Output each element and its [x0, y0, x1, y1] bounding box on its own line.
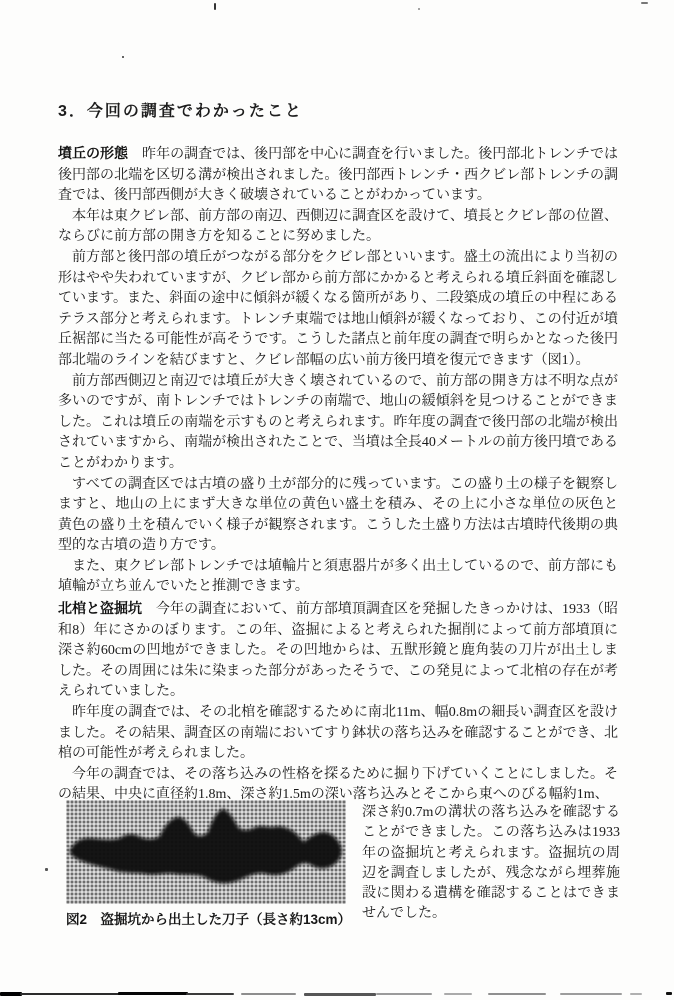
- scan-speck: [418, 8, 420, 10]
- scan-line-segment: [186, 993, 234, 995]
- scan-artifact-line: [0, 991, 674, 998]
- scan-line-segment: [118, 992, 188, 995]
- scan-line-segment: [376, 993, 432, 995]
- run-in-heading-north-coffin: 北棺と盗掘坑: [58, 600, 142, 616]
- run-in-heading-mound-shape: 墳丘の形態: [58, 145, 128, 161]
- scan-speck: [214, 3, 216, 10]
- scan-line-segment: [20, 993, 120, 995]
- scan-speck: [45, 868, 48, 871]
- paragraph: 前方部西側辺と南辺では墳丘が大きく壊されているので、前方部の開き方は不明な点が多…: [58, 372, 618, 475]
- scan-speck: [641, 2, 648, 4]
- paragraph-mound-shape: 墳丘の形態 昨年の調査では、後円部を中心に調査を行いました。後円部北トレンチでは…: [58, 143, 618, 207]
- paragraph-north-coffin: 北棺と盗掘坑 今年の調査において、前方部墳頂調査区を発掘したきっかけは、1933…: [58, 598, 618, 703]
- scan-line-segment: [444, 993, 472, 995]
- scan-line-segment: [666, 992, 672, 995]
- scan-line-segment: [560, 993, 622, 995]
- scan-line-segment: [304, 993, 376, 996]
- figure2-photo: [66, 800, 346, 904]
- knife-silhouette: [66, 800, 346, 904]
- scan-line-segment: [241, 993, 296, 995]
- scan-speck: [122, 56, 124, 58]
- scan-line-segment: [630, 993, 642, 995]
- page-title: 3．今回の調査でわかったこと: [58, 98, 303, 121]
- paragraph: 本年は東クビレ部、前方部の南辺、西側辺に調査区を設けて、墳長とクビレ部の位置、な…: [58, 207, 618, 248]
- scan-line-segment: [488, 993, 546, 995]
- scanned-document-page: 3．今回の調査でわかったこと 墳丘の形態 昨年の調査では、後円部を中心に調査を行…: [0, 0, 674, 1000]
- paragraph: 今年の調査では、その落ち込みの性格を探るために掘り下げていくことにしました。その…: [58, 765, 618, 805]
- paragraph: また、東クビレ部トレンチでは埴輪片と須恵器片が多く出土しているので、前方部にも埴…: [58, 557, 618, 598]
- paragraph-text: 昨年の調査では、後円部を中心に調査を行いました。後円部北トレンチでは後円部の北端…: [58, 147, 618, 203]
- paragraph: すべての調査区では古墳の盛り土が部分的に残っています。この盛り土の様子を観察しま…: [58, 475, 618, 557]
- figure-row: 図2 盗掘坑から出土した刀子（長さ約13cm） 深さ約0.7mの溝状の落ち込みを…: [58, 800, 620, 928]
- body-text: 墳丘の形態 昨年の調査では、後円部を中心に調査を行いました。後円部北トレンチでは…: [58, 143, 618, 805]
- figure2: 図2 盗掘坑から出土した刀子（長さ約13cm）: [58, 800, 348, 928]
- paragraph-wrap-beside-figure: 深さ約0.7mの溝状の落ち込みを確認することができました。この落ち込みは1933…: [362, 803, 620, 925]
- paragraph-text: 今年の調査において、前方部墳頂調査区を発掘したきっかけは、1933（昭和8）年に…: [58, 602, 618, 699]
- paragraph: 前方部と後円部の墳丘がつながる部分をクビレ部といいます。盛土の流出により当初の形…: [58, 248, 618, 372]
- scan-line-segment: [0, 992, 22, 996]
- paragraph: 昨年度の調査では、その北棺を確認するために南北11m、幅0.8mの細長い調査区を…: [58, 703, 618, 765]
- figure2-caption: 図2 盗掘坑から出土した刀子（長さ約13cm）: [66, 908, 346, 928]
